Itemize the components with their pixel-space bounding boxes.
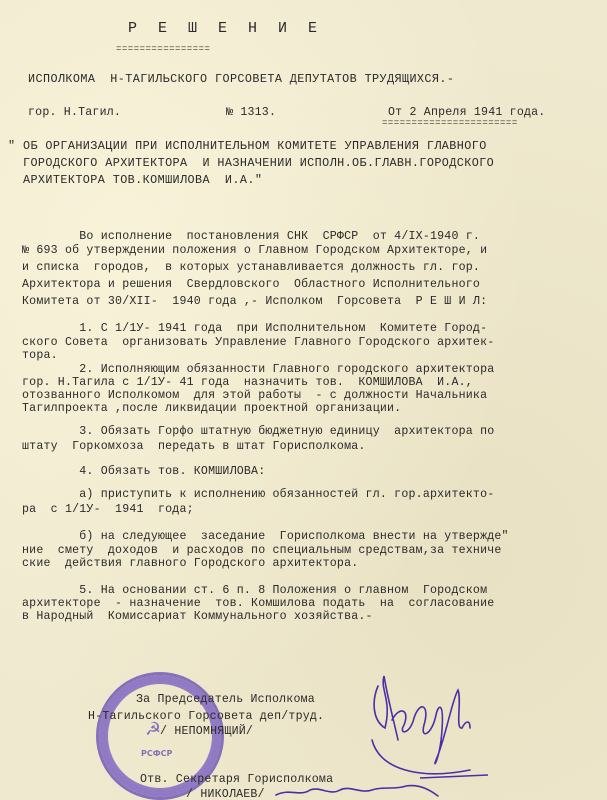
document-page: Р Е Ш Е Н И Е ================ ИСПОЛКОМА… [0, 0, 607, 800]
